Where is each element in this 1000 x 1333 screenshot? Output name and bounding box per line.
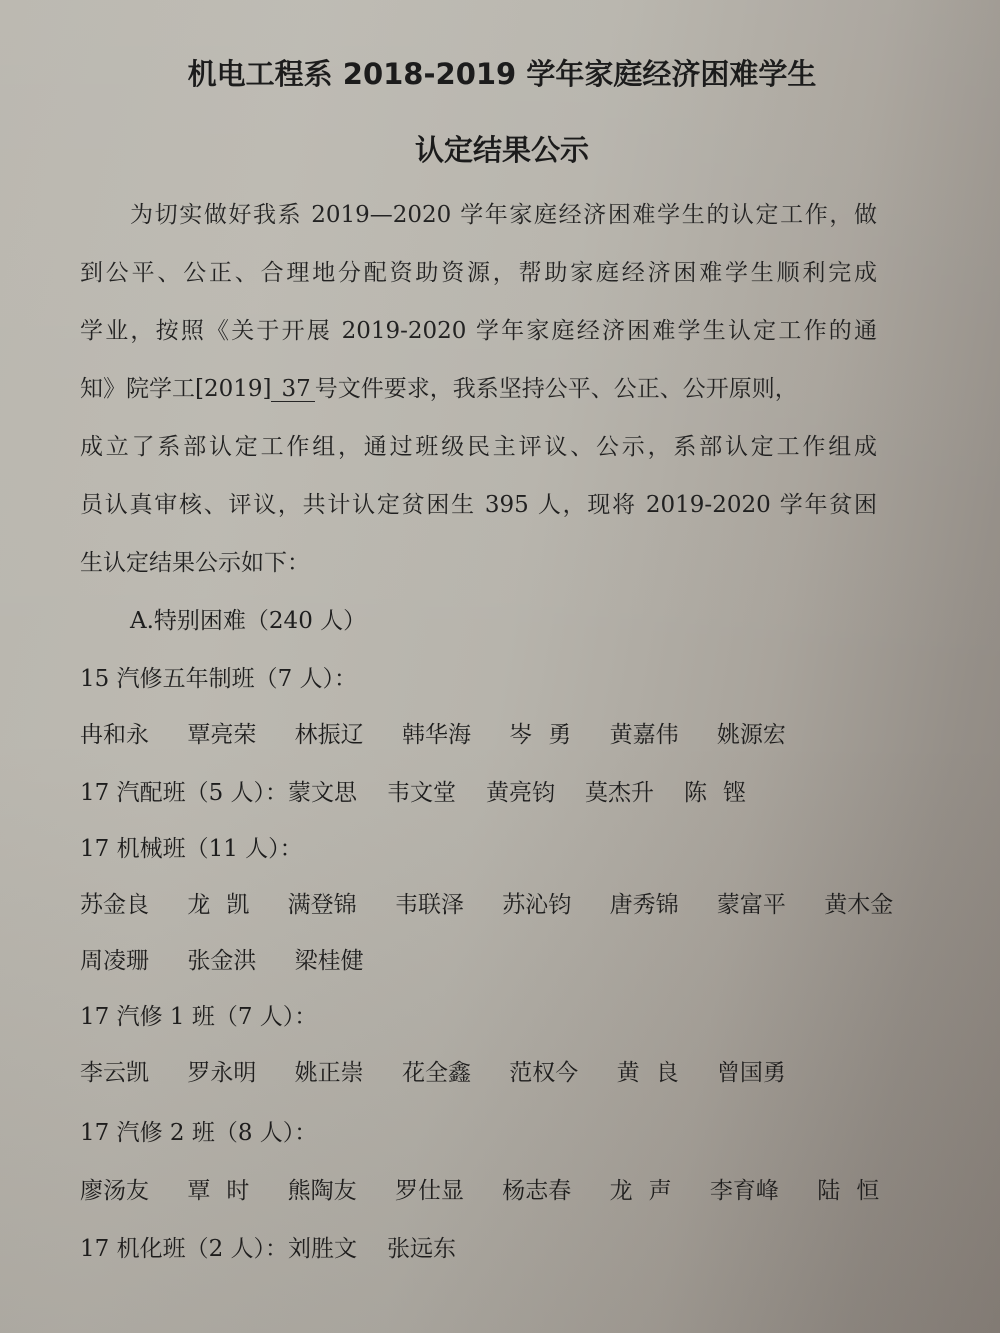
student-name: 张远东 [387, 1234, 456, 1264]
student-name: 曾国勇 [717, 1058, 786, 1088]
student-name: 蒙富平 [717, 890, 786, 920]
student-name: 韩华海 [402, 720, 471, 750]
student-name: 冉和永 [80, 720, 149, 750]
student-name: 黄木金 [824, 890, 893, 920]
student-name: 岑勇 [509, 720, 587, 750]
class-name-list: 蒙文思韦文堂黄亮钧莫杰升陈铿 [288, 778, 776, 808]
document-title-line1: 机电工程系 2018-2019 学年家庭经济困难学生 [0, 52, 1000, 93]
class-name-list-row2: 周凌珊 张金洪 梁桂健 [80, 946, 395, 976]
intro-paragraph-line4: 知》院学工[2019]37号文件要求，我系坚持公平、公正、公开原则， [80, 374, 877, 404]
student-name: 满登锦 [288, 890, 357, 920]
student-name: 熊陶友 [288, 1176, 357, 1206]
student-name: 张金洪 [187, 946, 256, 976]
student-name: 姚正崇 [295, 1058, 364, 1088]
student-name: 花全鑫 [402, 1058, 471, 1088]
class-name-list: 刘胜文张远东 [288, 1234, 486, 1264]
student-name: 苏沁钧 [502, 890, 571, 920]
student-name: 唐秀锦 [610, 890, 679, 920]
class-heading: 15 汽修五年制班（7 人）： [80, 664, 357, 694]
class-heading: 17 机械班（11 人）： [80, 834, 303, 864]
student-name: 罗仕显 [395, 1176, 464, 1206]
class-heading: 17 机化班（2 人）： [80, 1236, 288, 1262]
student-name: 罗永明 [187, 1058, 256, 1088]
document-number-underlined: 37 [271, 377, 314, 402]
category-heading: A.特别困难（240 人） [130, 606, 366, 636]
student-name: 陈铿 [684, 778, 762, 808]
student-name: 梁桂健 [295, 946, 364, 976]
intro-paragraph-line3: 学业，按照《关于开展 2019-2020 学年家庭经济困难学生认定工作的通 [80, 316, 877, 346]
student-name: 韦联泽 [395, 890, 464, 920]
student-name: 黄亮钧 [486, 778, 555, 808]
student-name: 杨志春 [502, 1176, 571, 1206]
student-name: 黄良 [617, 1058, 695, 1088]
student-name: 覃亮荣 [187, 720, 256, 750]
document-page: 机电工程系 2018-2019 学年家庭经济困难学生 认定结果公示 为切实做好我… [0, 0, 1000, 1333]
class-row-inline: 17 汽配班（5 人）：蒙文思韦文堂黄亮钧莫杰升陈铿 [80, 778, 776, 808]
student-name: 姚源宏 [717, 720, 786, 750]
intro-paragraph-line7: 生认定结果公示如下： [80, 548, 310, 578]
student-name: 龙声 [610, 1176, 688, 1206]
class-name-list: 李云凯 罗永明 姚正崇 花全鑫 范权今 黄良 曾国勇 [80, 1058, 817, 1088]
student-name: 龙凯 [187, 890, 265, 920]
student-name: 苏金良 [80, 890, 149, 920]
student-name: 黄嘉伟 [610, 720, 679, 750]
student-name: 范权今 [509, 1058, 578, 1088]
class-name-list: 廖汤友 覃时 熊陶友 罗仕显 杨志春 龙声 李育峰 陆恒 [80, 1176, 910, 1206]
class-heading: 17 汽配班（5 人）： [80, 780, 288, 806]
student-name: 林振辽 [295, 720, 364, 750]
student-name: 韦文堂 [387, 778, 456, 808]
intro-paragraph-line1: 为切实做好我系 2019—2020 学年家庭经济困难学生的认定工作，做 [130, 200, 877, 230]
intro-paragraph-line2: 到公平、公正、合理地分配资助资源，帮助家庭经济困难学生顺利完成 [80, 258, 877, 288]
class-heading: 17 汽修 1 班（7 人）： [80, 1002, 317, 1032]
class-heading: 17 汽修 2 班（8 人）： [80, 1118, 317, 1148]
student-name: 李育峰 [710, 1176, 779, 1206]
document-title-line2: 认定结果公示 [0, 128, 1000, 169]
intro-paragraph-line5: 成立了系部认定工作组，通过班级民主评议、公示，系部认定工作组成 [80, 432, 877, 462]
student-name: 李云凯 [80, 1058, 149, 1088]
student-name: 陆恒 [817, 1176, 895, 1206]
intro-line4-before: 知》院学工[2019] [80, 376, 271, 402]
student-name: 刘胜文 [288, 1234, 357, 1264]
student-name: 覃时 [187, 1176, 265, 1206]
class-name-list: 冉和永 覃亮荣 林振辽 韩华海 岑勇 黄嘉伟 姚源宏 [80, 720, 817, 750]
student-name: 蒙文思 [288, 778, 357, 808]
class-row-inline: 17 机化班（2 人）：刘胜文张远东 [80, 1234, 486, 1264]
student-name: 莫杰升 [585, 778, 654, 808]
student-name: 周凌珊 [80, 946, 149, 976]
intro-line4-after: 号文件要求，我系坚持公平、公正、公开原则， [315, 376, 798, 402]
student-name: 廖汤友 [80, 1176, 149, 1206]
intro-paragraph-line6: 员认真审核、评议，共计认定贫困生 395 人，现将 2019-2020 学年贫困 [80, 490, 877, 520]
class-name-list-row1: 苏金良 龙凯 满登锦 韦联泽 苏沁钧 唐秀锦 蒙富平 黄木金 [80, 890, 924, 920]
